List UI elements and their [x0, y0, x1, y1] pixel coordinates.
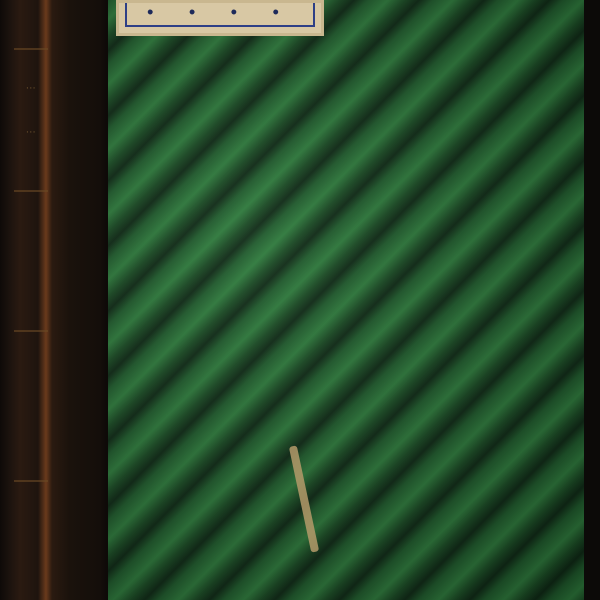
- marbled-cover: [108, 0, 587, 600]
- spine-band: [14, 480, 48, 482]
- label-text: • • • •: [119, 5, 321, 21]
- spine-band: [14, 190, 48, 192]
- library-label: • • • •: [116, 0, 324, 36]
- page-edge-shadow: [584, 0, 600, 600]
- book-spine: ··· ···: [0, 0, 108, 600]
- spine-subtitle-text: ···: [14, 128, 48, 138]
- spine-band: [14, 48, 48, 50]
- spine-band: [14, 330, 48, 332]
- spine-title-text: ···: [14, 84, 48, 94]
